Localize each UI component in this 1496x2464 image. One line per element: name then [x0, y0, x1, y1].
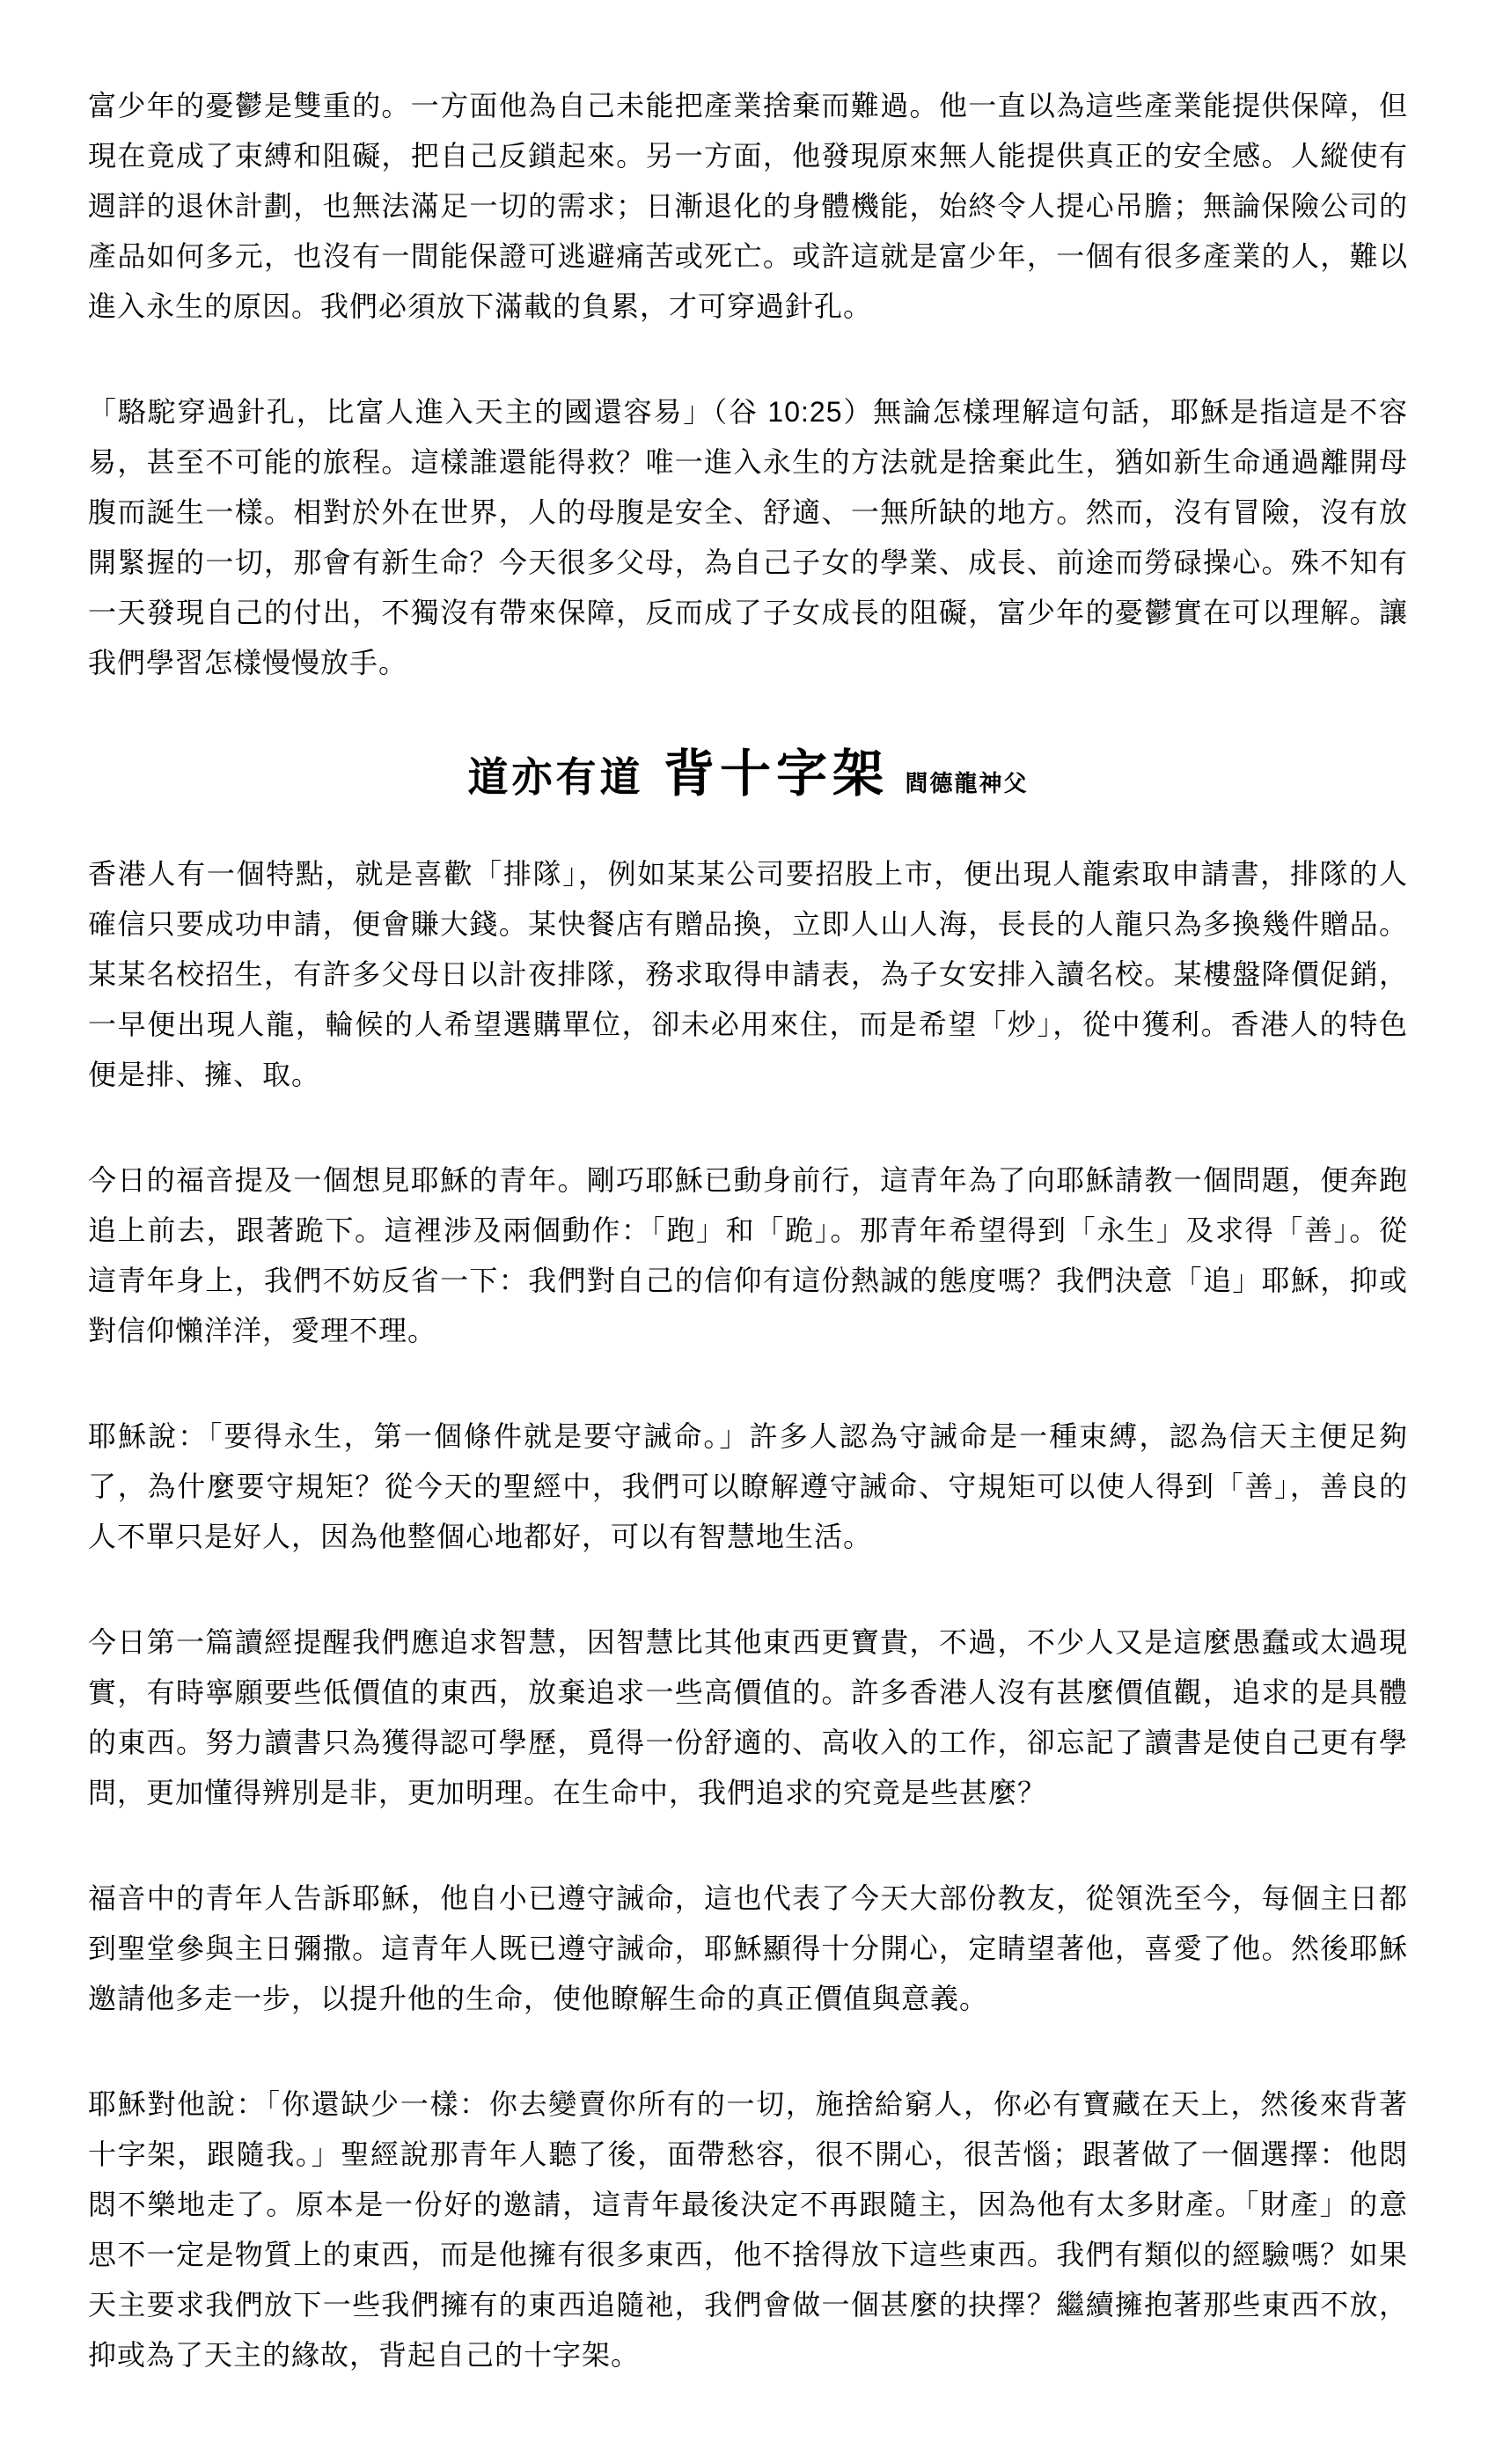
document-page: 富少年的憂鬱是雙重的。一方面他為自己未能把產業捨棄而難過。他一直以為這些產業能提…	[0, 0, 1496, 2464]
intro-paragraph-1: 富少年的憂鬱是雙重的。一方面他為自己未能把產業捨棄而難過。他一直以為這些產業能提…	[88, 81, 1408, 332]
intro-paragraph-2: 「駱駝穿過針孔，比富人進入天主的國還容易」（谷 10:25）無論怎樣理解這句話，…	[88, 387, 1408, 688]
column-title: 道亦有道	[468, 754, 644, 800]
author-name: 閰德龍神父	[905, 770, 1028, 796]
body-paragraph-6: 耶穌對他說：「你還缺少一樣：你去變賣你所有的一切，施捨給窮人，你必有寶藏在天上，…	[88, 2079, 1408, 2380]
body-paragraph-2: 今日的福音提及一個想見耶穌的青年。剛巧耶穌已動身前行，這青年為了向耶穌請教一個問…	[88, 1155, 1408, 1356]
body-paragraph-4: 今日第一篇讀經提醒我們應追求智慧，因智慧比其他東西更寶貴，不過，不少人又是這麼愚…	[88, 1617, 1408, 1818]
article-heading: 道亦有道 背十字架 閰德龍神父	[88, 744, 1408, 818]
article-title: 背十字架	[664, 745, 889, 803]
body-paragraph-1: 香港人有一個特點，就是喜歡「排隊」，例如某某公司要招股上市，便出現人龍索取申請書…	[88, 849, 1408, 1100]
body-paragraph-5: 福音中的青年人告訴耶穌，他自小已遵守誡命，這也代表了今天大部份教友，從領洗至今，…	[88, 1874, 1408, 2024]
body-paragraph-3: 耶穌說：「要得永生，第一個條件就是要守誡命。」許多人認為守誡命是一種束縛，認為信…	[88, 1412, 1408, 1562]
